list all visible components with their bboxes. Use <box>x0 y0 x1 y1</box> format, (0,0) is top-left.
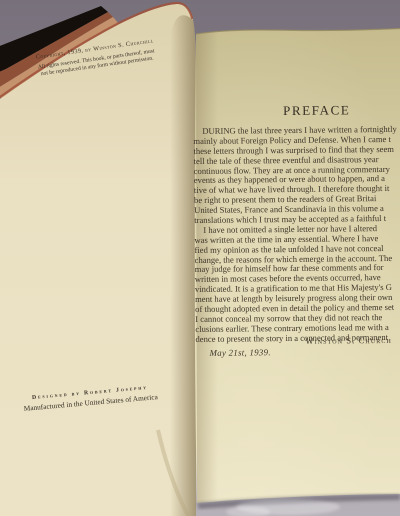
page-title: PREFACE <box>283 101 400 119</box>
left-page <box>0 4 196 516</box>
gutter-shadow <box>170 15 196 516</box>
preface-body: DURING the last three years I have writt… <box>193 124 400 344</box>
author-signature: Winston S. Church <box>305 335 391 346</box>
preface-page: PREFACE DURING the last three years I ha… <box>193 101 400 344</box>
date-line: May 21st, 1939. <box>210 347 271 358</box>
book-photo: Copyright, 1939, by Winston S. Churchill… <box>0 0 400 516</box>
